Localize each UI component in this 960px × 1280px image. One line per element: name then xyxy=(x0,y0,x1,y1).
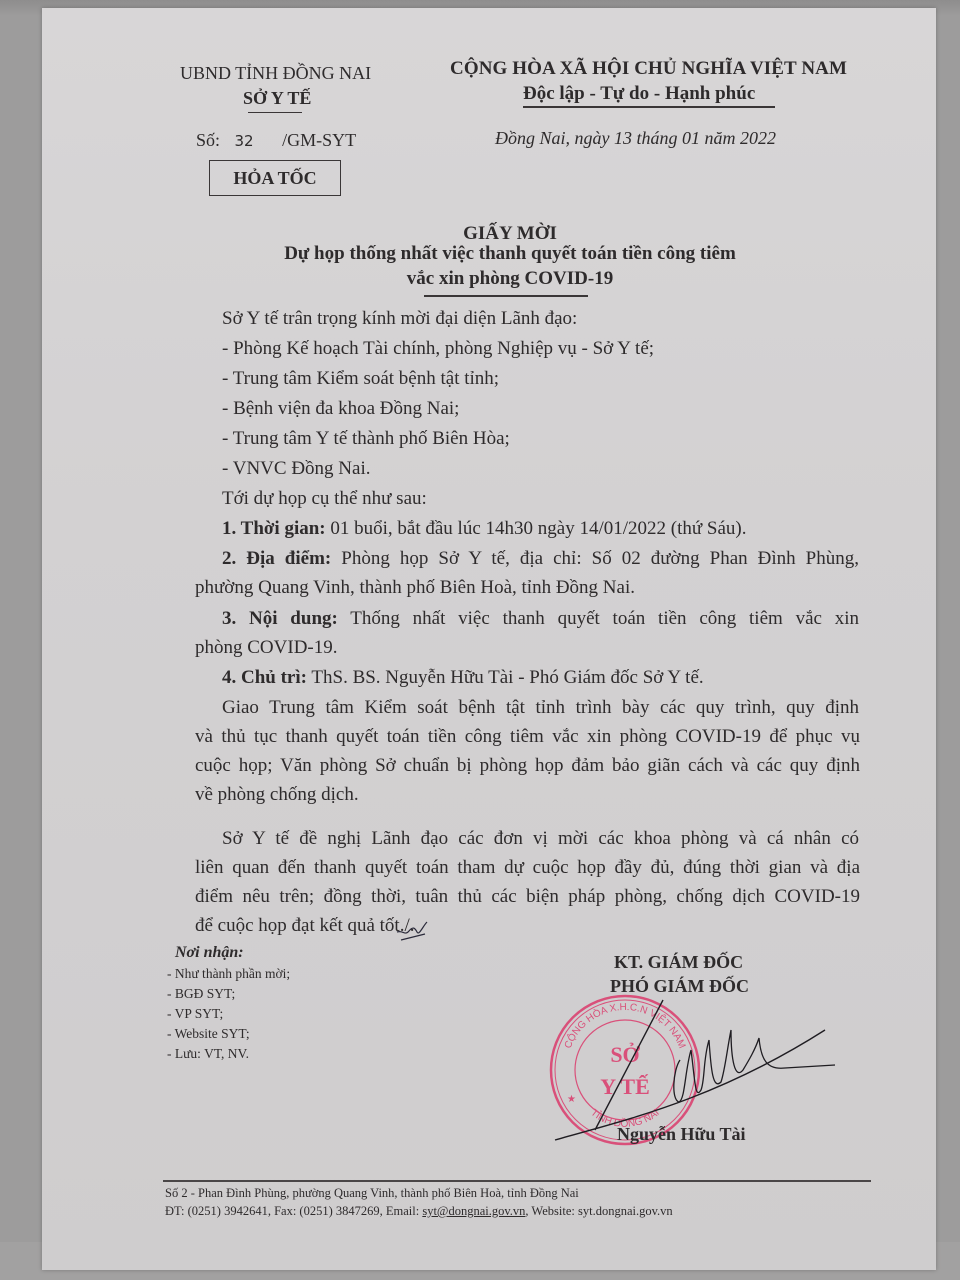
recipient-item: - Như thành phần mời; xyxy=(167,966,290,982)
paragraph-1-line: và thủ tục thanh quyết toán tiền công ti… xyxy=(195,726,860,748)
lead-in-text: Tới dự họp cụ thể như sau: xyxy=(222,488,427,510)
intro-text: Sở Y tế trân trọng kính mời đại diện Lãn… xyxy=(222,308,577,330)
item-text: ThS. BS. Nguyễn Hữu Tài - Phó Giám đốc S… xyxy=(307,667,704,688)
motto-underline xyxy=(523,106,775,108)
national-title: CỘNG HÒA XÃ HỘI CHỦ NGHĨA VIỆT NAM xyxy=(450,58,847,80)
footer-contact: ĐT: (0251) 3942641, Fax: (0251) 3847269,… xyxy=(165,1204,673,1219)
item-text: 01 buổi, bắt đầu lúc 14h30 ngày 14/01/20… xyxy=(326,518,747,539)
recipient-item: - BGĐ SYT; xyxy=(167,986,235,1002)
document-type: GIẤY MỜI xyxy=(0,223,960,245)
subject-line-2: vắc xin phòng COVID-19 xyxy=(0,268,960,290)
item-text: Thống nhất việc thanh quyết toán tiền cô… xyxy=(338,608,859,629)
invitee-item: - Bệnh viện đa khoa Đồng Nai; xyxy=(222,398,459,420)
issuing-department: SỞ Y TẾ xyxy=(243,88,311,109)
item-location-cont: phường Quang Vinh, thành phố Biên Hoà, t… xyxy=(195,577,635,599)
paragraph-2-line: Sở Y tế đề nghị Lãnh đạo các đơn vị mời … xyxy=(222,828,859,850)
doc-number-handwritten: 32 xyxy=(235,132,254,150)
signer-name: Nguyễn Hữu Tài xyxy=(617,1124,746,1145)
footer-email-link[interactable]: syt@dongnai.gov.vn xyxy=(422,1204,525,1218)
recipient-item: - Website SYT; xyxy=(167,1026,250,1042)
doc-number-suffix: /GM-SYT xyxy=(282,130,356,150)
item-content: 3. Nội dung: Thống nhất việc thanh quyết… xyxy=(222,608,859,630)
recipient-item: - VP SYT; xyxy=(167,1006,223,1022)
item-label: 4. Chủ trì: xyxy=(222,667,307,688)
paragraph-2-line: điểm nêu trên; đồng thời, tuân thủ các b… xyxy=(195,886,860,908)
item-label: 1. Thời gian: xyxy=(222,518,326,539)
footer-website: , Website: syt.dongnai.gov.vn xyxy=(525,1204,672,1218)
item-content-cont: phòng COVID-19. xyxy=(195,637,338,659)
footer-contact-prefix: ĐT: (0251) 3942641, Fax: (0251) 3847269,… xyxy=(165,1204,422,1218)
urgency-box: HỎA TỐC xyxy=(209,160,341,196)
signature-title-1: KT. GIÁM ĐỐC xyxy=(614,952,743,973)
recipient-item: - Lưu: VT, NV. xyxy=(167,1046,249,1062)
department-underline xyxy=(248,112,302,113)
footer-address: Số 2 - Phan Đình Phùng, phường Quang Vin… xyxy=(165,1186,579,1201)
recipients-title: Nơi nhận: xyxy=(175,944,244,962)
item-time: 1. Thời gian: 01 buổi, bắt đầu lúc 14h30… xyxy=(222,518,746,540)
invitee-item: - Trung tâm Y tế thành phố Biên Hòa; xyxy=(222,428,510,450)
footer-divider xyxy=(163,1180,871,1182)
item-location: 2. Địa điểm: Phòng họp Sở Y tế, địa chỉ:… xyxy=(222,548,859,570)
place-date: Đồng Nai, ngày 13 tháng 01 năm 2022 xyxy=(495,128,776,149)
item-label: 2. Địa điểm: xyxy=(222,548,331,569)
document-number: Số: 32 /GM-SYT xyxy=(196,130,356,151)
item-label: 3. Nội dung: xyxy=(222,608,338,629)
paragraph-1-line: về phòng chống dịch. xyxy=(195,784,359,806)
invitee-item: - Trung tâm Kiểm soát bệnh tật tỉnh; xyxy=(222,368,499,390)
doc-number-label: Số: xyxy=(196,130,220,150)
subject-underline xyxy=(424,295,588,297)
paragraph-1-line: cuộc họp; Văn phòng Sở chuẩn bị phòng họ… xyxy=(195,755,860,777)
item-chair: 4. Chủ trì: ThS. BS. Nguyễn Hữu Tài - Ph… xyxy=(222,667,704,689)
subject-line-1: Dự họp thống nhất việc thanh quyết toán … xyxy=(0,243,960,265)
item-text: Phòng họp Sở Y tế, địa chỉ: Số 02 đường … xyxy=(331,548,859,569)
issuing-agency: UBND TỈNH ĐỒNG NAI xyxy=(180,63,371,84)
paragraph-2-line: để cuộc họp đạt kết quả tốt./. xyxy=(195,915,415,937)
paragraph-2-line: liên quan đến thanh quyết toán tham dự c… xyxy=(195,857,860,879)
national-motto: Độc lập - Tự do - Hạnh phúc xyxy=(523,83,755,105)
paragraph-1-line: Giao Trung tâm Kiểm soát bệnh tật tỉnh t… xyxy=(222,697,859,719)
invitee-item: - VNVC Đồng Nai. xyxy=(222,458,370,480)
invitee-item: - Phòng Kế hoạch Tài chính, phòng Nghiệp… xyxy=(222,338,654,360)
handwritten-initial-icon xyxy=(395,918,435,944)
